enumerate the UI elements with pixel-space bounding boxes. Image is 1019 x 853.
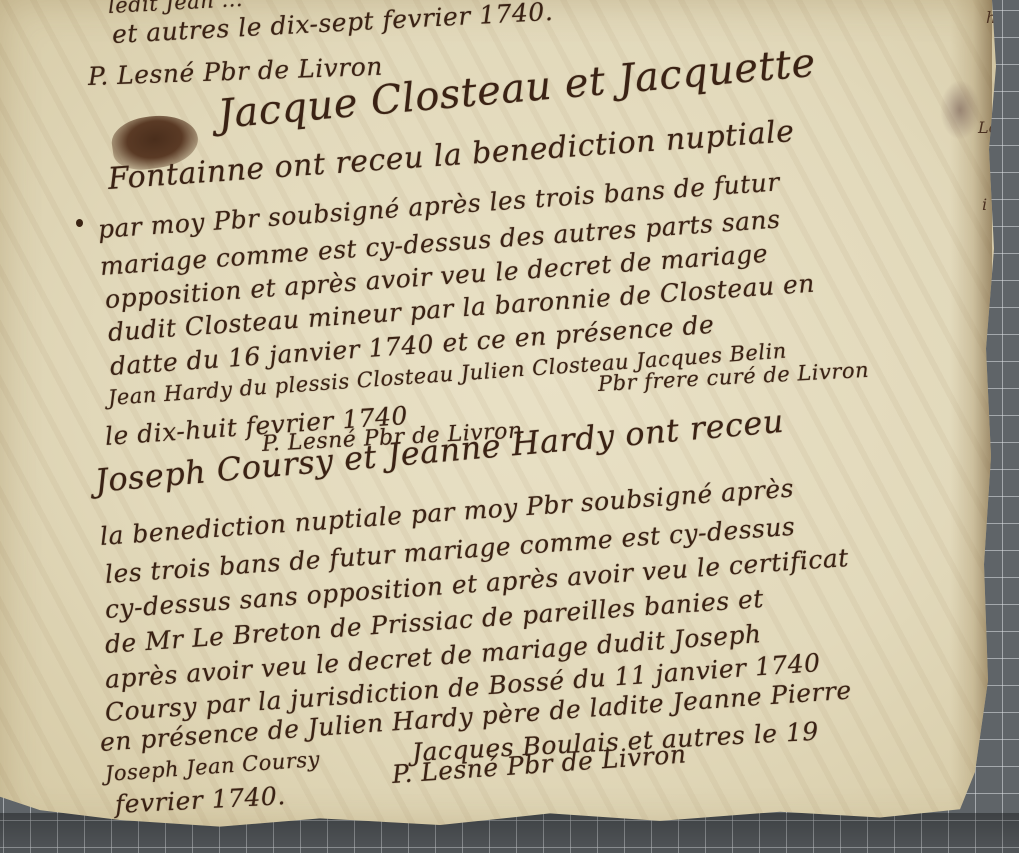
register-page: ledit Jean ... et autres le dix-sept fev…	[0, 0, 1000, 830]
margin-mark: i	[982, 195, 987, 214]
margin-mark: Le	[978, 118, 998, 137]
date-line: fevrier 1740.	[114, 781, 286, 819]
margin-dot-icon	[76, 219, 83, 227]
stain-mark	[940, 80, 980, 140]
margin-mark: h	[986, 8, 996, 27]
